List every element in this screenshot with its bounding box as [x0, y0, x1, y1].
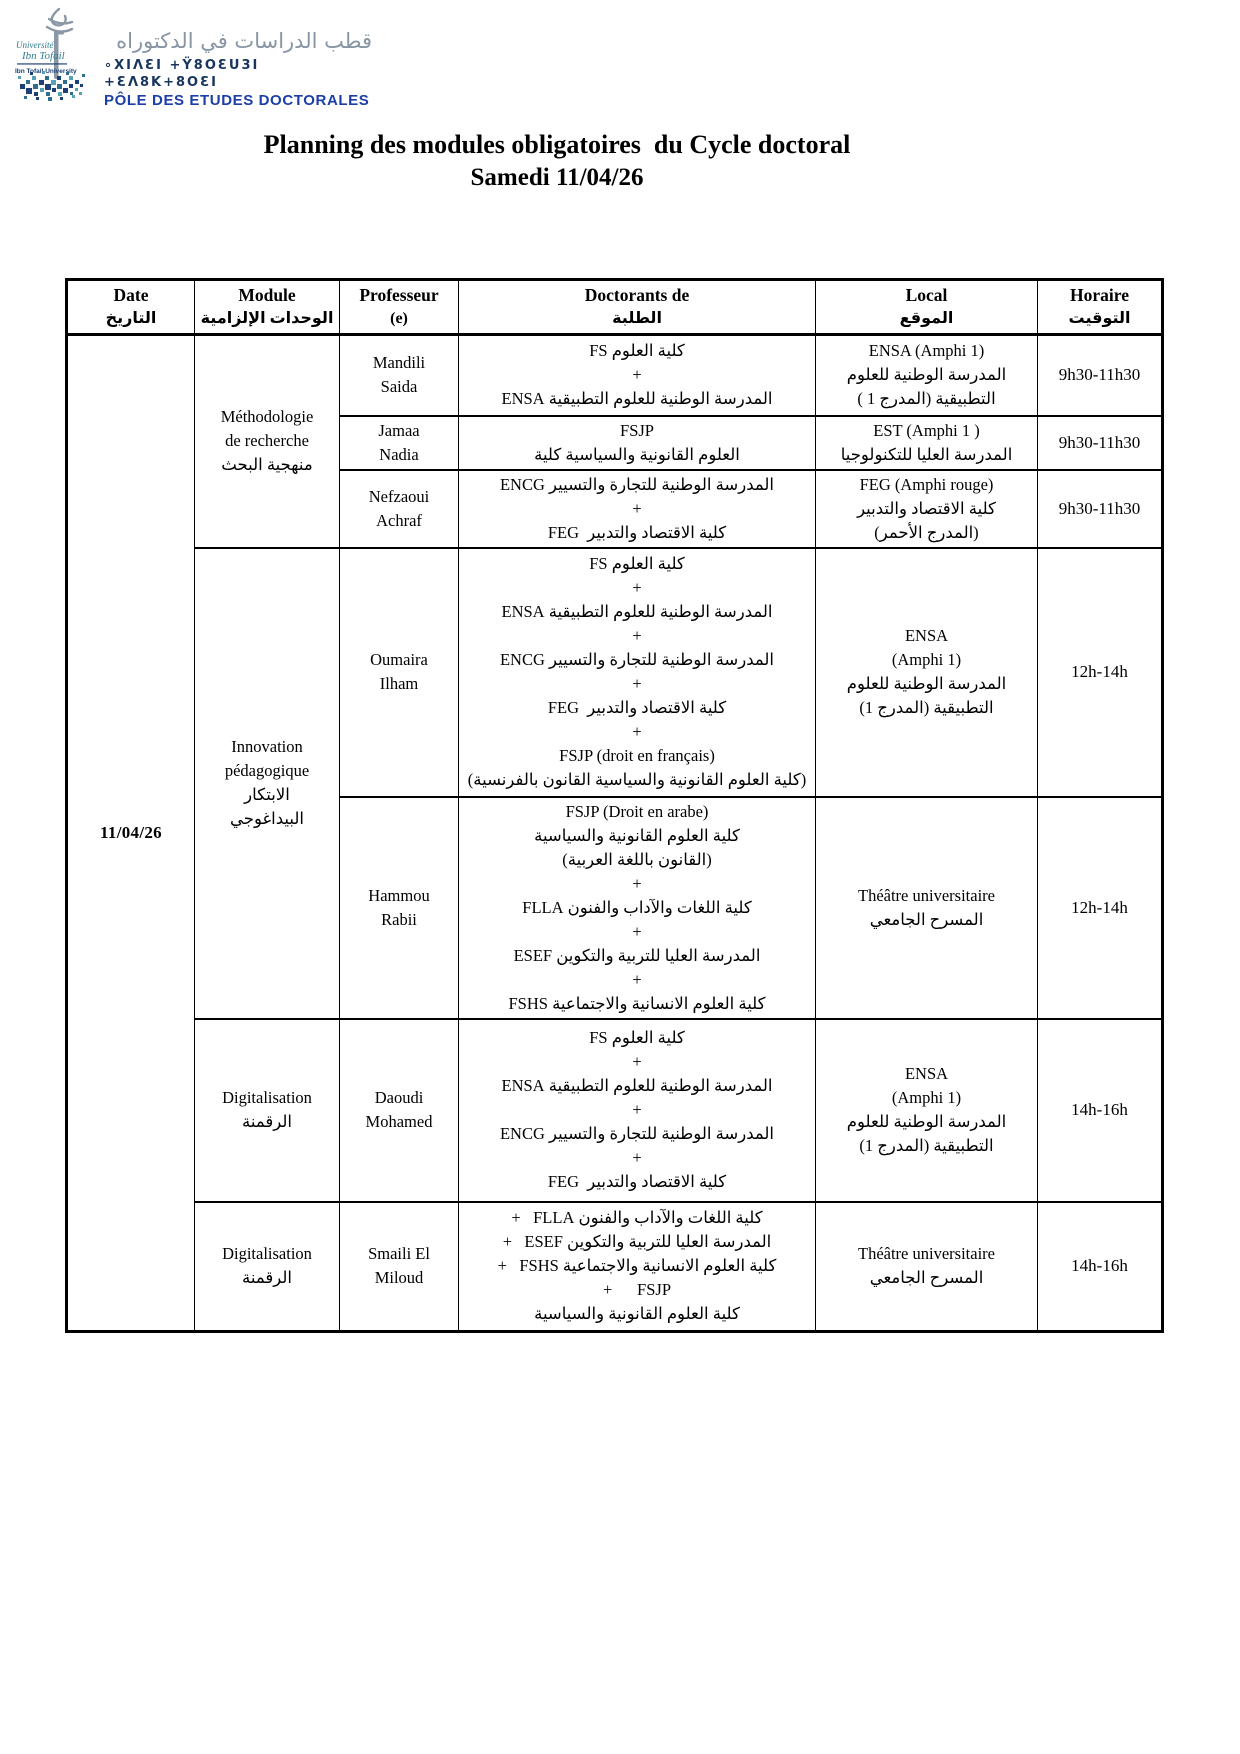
doctorants-cell: المدرسة الوطنية للتجارة والتسيير ENCG+كل…: [459, 470, 816, 548]
cell-line: كلية العلوم القانونية والسياسية: [461, 824, 813, 848]
cell-line: المدرسة الوطنية للعلوم: [818, 1110, 1035, 1134]
cell-line: كلية الاقتصاد والتدبير: [818, 497, 1035, 521]
page-subtitle: Samedi 11/04/26: [0, 162, 1114, 194]
professeur-cell: NefzaouiAchraf: [340, 470, 459, 548]
cell-line: التوقيت: [1040, 307, 1159, 331]
logo-tifinagh-line: ∘XIΛƐI +Ÿ8OƐU3I +ƐΛ8K+8OƐI: [104, 57, 372, 91]
cell-line: Ilham: [342, 672, 456, 696]
cell-line: المدرسة الوطنية للعلوم التطبيقية ENSA: [461, 387, 813, 411]
horaire-cell: 9h30-11h30: [1038, 335, 1163, 416]
cell-line: Achraf: [342, 509, 456, 533]
cell-line: كلية اللغات والآداب والفنون FLLA +: [461, 1206, 813, 1230]
cell-line: كلية العلوم FS: [461, 339, 813, 363]
cell-line: Daoudi: [342, 1086, 456, 1110]
cell-line: المدرسة الوطنية للعلوم التطبيقية ENSA: [461, 600, 813, 624]
seal-script-line2: Ibn Tofail: [21, 50, 65, 62]
cell-line: +: [461, 1146, 813, 1170]
local-cell: ENSA (Amphi 1)المدرسة الوطنية للعلومالتط…: [816, 335, 1038, 416]
cell-line: Horaire: [1040, 283, 1159, 307]
cell-line: كلية الاقتصاد والتدبير FEG: [461, 521, 813, 545]
cell-line: (e): [342, 307, 456, 331]
page-title: Planning des modules obligatoires du Cyc…: [0, 128, 1114, 162]
cell-line: Doctorants de: [461, 283, 813, 307]
horaire-cell: 12h-14h: [1038, 797, 1163, 1019]
horaire-cell: 9h30-11h30: [1038, 470, 1163, 548]
local-cell: ENSA(Amphi 1)المدرسة الوطنية للعلومالتطب…: [816, 1019, 1038, 1202]
cell-line: كلية العلوم القانونية والسياسية: [461, 1302, 813, 1326]
cell-line: Mandili: [342, 351, 456, 375]
cell-line: كلية الاقتصاد والتدبير FEG: [461, 1170, 813, 1194]
cell-line: Digitalisation: [197, 1086, 337, 1110]
cell-line: العلوم القانونية والسياسية كلية: [461, 443, 813, 467]
cell-line: كلية العلوم FS: [461, 1026, 813, 1050]
cell-line: Jamaa: [342, 419, 456, 443]
cell-line: البيداغوجي: [197, 807, 337, 831]
cell-line: Nadia: [342, 443, 456, 467]
ibn-tofail-seal-icon: Université Ibn Tofail Ibn Tofail Univers…: [12, 6, 98, 106]
cell-line: المدرسة الوطنية للتجارة والتسيير ENCG: [461, 473, 813, 497]
cell-line: الرقمنة: [197, 1266, 337, 1290]
cell-line: +: [461, 497, 813, 521]
cell-line: FSJP (Droit en arabe): [461, 800, 813, 824]
cell-line: +: [461, 1050, 813, 1074]
header-horaire: Horaireالتوقيت: [1038, 280, 1163, 335]
header-date: Dateالتاريخ: [67, 280, 195, 335]
module-cell-digitalisation-1: Digitalisationالرقمنة: [195, 1019, 340, 1202]
professeur-cell: JamaaNadia: [340, 416, 459, 470]
seal-tiny-line: [17, 63, 67, 65]
cell-line: المدرسة العليا للتكنولوجيا: [818, 443, 1035, 467]
cell-line: المسرح الجامعي: [818, 908, 1035, 932]
cell-line: Hammou: [342, 884, 456, 908]
cell-line: FEG (Amphi rouge): [818, 473, 1035, 497]
table-row: Innovationpédagogiqueالابتكارالبيداغوجي …: [67, 548, 1163, 797]
date-cell: 11/04/26: [67, 335, 195, 1332]
cell-line: التطبيقية (المدرج 1 ): [818, 387, 1035, 411]
cell-line: التاريخ: [70, 307, 192, 331]
cell-line: Miloud: [342, 1266, 456, 1290]
cell-line: المسرح الجامعي: [818, 1266, 1035, 1290]
cell-line: ENSA: [818, 624, 1035, 648]
cell-line: +: [461, 920, 813, 944]
cell-line: (Amphi 1): [818, 648, 1035, 672]
cell-line: +: [461, 672, 813, 696]
professeur-cell: MandiliSaida: [340, 335, 459, 416]
cell-line: +: [461, 968, 813, 992]
cell-line: كلية العلوم FS: [461, 552, 813, 576]
cell-line: المدرسة الوطنية للعلوم: [818, 672, 1035, 696]
document-page: Université Ibn Tofail Ibn Tofail Univers…: [0, 0, 1240, 1754]
logo-text-block: قطب الدراسات في الدكتوراه ∘XIΛƐI +Ÿ8OƐU3…: [104, 6, 372, 110]
header-local: Localالموقع: [816, 280, 1038, 335]
module-cell-digitalisation-2: Digitalisationالرقمنة: [195, 1202, 340, 1332]
cell-line: Module: [197, 283, 337, 307]
cell-line: Local: [818, 283, 1035, 307]
cell-line: Innovation: [197, 735, 337, 759]
cell-line: Date: [70, 283, 192, 307]
title-block: Planning des modules obligatoires du Cyc…: [0, 128, 1114, 194]
horaire-cell: 9h30-11h30: [1038, 416, 1163, 470]
table-row: Digitalisationالرقمنة DaoudiMohamed كلية…: [67, 1019, 1163, 1202]
logo-arabic-title: قطب الدراسات في الدكتوراه: [104, 28, 372, 54]
doctorants-cell: كلية العلوم FS+المدرسة الوطنية للعلوم ال…: [459, 335, 816, 416]
header-row: Dateالتاريخ Moduleالوحدات الإلزامية Prof…: [67, 280, 1163, 335]
cell-line: Smaili El: [342, 1242, 456, 1266]
doctorants-cell: كلية اللغات والآداب والفنون FLLA +المدرس…: [459, 1202, 816, 1332]
cell-line: (كلية العلوم القانونية والسياسية القانون…: [461, 768, 813, 792]
header-module: Moduleالوحدات الإلزامية: [195, 280, 340, 335]
cell-line: المدرسة العليا للتربية والتكوين ESEF: [461, 944, 813, 968]
local-cell: ENSA(Amphi 1)المدرسة الوطنية للعلومالتطب…: [816, 548, 1038, 797]
cell-line: المدرسة الوطنية للتجارة والتسيير ENCG: [461, 648, 813, 672]
cell-line: المدرسة الوطنية للعلوم: [818, 363, 1035, 387]
horaire-cell: 12h-14h: [1038, 548, 1163, 797]
local-cell: FEG (Amphi rouge)كلية الاقتصاد والتدبير(…: [816, 470, 1038, 548]
cell-line: de recherche: [197, 429, 337, 453]
planning-table: Dateالتاريخ Moduleالوحدات الإلزامية Prof…: [65, 278, 1164, 1333]
cell-line: Digitalisation: [197, 1242, 337, 1266]
cell-line: (المدرج الأحمر): [818, 521, 1035, 545]
cell-line: +: [461, 363, 813, 387]
cell-line: Oumaira: [342, 648, 456, 672]
cell-line: Nefzaoui: [342, 485, 456, 509]
cell-line: FSJP (droit en français): [461, 744, 813, 768]
cell-line: ENSA: [818, 1062, 1035, 1086]
university-logo: Université Ibn Tofail Ibn Tofail Univers…: [12, 6, 372, 114]
doctorants-cell: FSJPالعلوم القانونية والسياسية كلية: [459, 416, 816, 470]
cell-line: المدرسة العليا للتربية والتكوين ESEF +: [461, 1230, 813, 1254]
module-cell-methodologie: Méthodologiede rechercheمنهجية البحث: [195, 335, 340, 548]
cell-line: + FSJP: [461, 1278, 813, 1302]
cell-line: التطبيقية (المدرج 1): [818, 1134, 1035, 1158]
cell-line: EST (Amphi 1 ): [818, 419, 1035, 443]
horaire-cell: 14h-16h: [1038, 1202, 1163, 1332]
cell-line: +: [461, 576, 813, 600]
seal-script-line1: Université: [16, 40, 54, 50]
cell-line: Saida: [342, 375, 456, 399]
professeur-cell: HammouRabii: [340, 797, 459, 1019]
seal-mosaic: [18, 71, 85, 101]
professeur-cell: DaoudiMohamed: [340, 1019, 459, 1202]
local-cell: Théâtre universitaireالمسرح الجامعي: [816, 797, 1038, 1019]
cell-line: Théâtre universitaire: [818, 884, 1035, 908]
cell-line: Rabii: [342, 908, 456, 932]
horaire-cell: 14h-16h: [1038, 1019, 1163, 1202]
professeur-cell: Smaili ElMiloud: [340, 1202, 459, 1332]
cell-line: الطلبة: [461, 307, 813, 331]
table-wrap: Dateالتاريخ Moduleالوحدات الإلزامية Prof…: [65, 278, 1164, 1333]
cell-line: (Amphi 1): [818, 1086, 1035, 1110]
cell-line: كلية العلوم الانسانية والاجتماعية FSHS +: [461, 1254, 813, 1278]
cell-line: Méthodologie: [197, 405, 337, 429]
professeur-cell: OumairaIlham: [340, 548, 459, 797]
cell-line: +: [461, 1098, 813, 1122]
cell-line: منهجية البحث: [197, 453, 337, 477]
cell-line: (القانون باللغة العربية): [461, 848, 813, 872]
cell-line: +: [461, 872, 813, 896]
local-cell: Théâtre universitaireالمسرح الجامعي: [816, 1202, 1038, 1332]
cell-line: ENSA (Amphi 1): [818, 339, 1035, 363]
cell-line: التطبيقية (المدرج 1): [818, 696, 1035, 720]
local-cell: EST (Amphi 1 )المدرسة العليا للتكنولوجيا: [816, 416, 1038, 470]
cell-line: الوحدات الإلزامية: [197, 307, 337, 331]
header-doctorants: Doctorants deالطلبة: [459, 280, 816, 335]
cell-line: المدرسة الوطنية للتجارة والتسيير ENCG: [461, 1122, 813, 1146]
cell-line: Professeur: [342, 283, 456, 307]
cell-line: الابتكار: [197, 783, 337, 807]
cell-line: المدرسة الوطنية للعلوم التطبيقية ENSA: [461, 1074, 813, 1098]
logo-pole-label: PÔLE DES ETUDES DOCTORALES: [104, 92, 372, 110]
doctorants-cell: كلية العلوم FS+المدرسة الوطنية للعلوم ال…: [459, 548, 816, 797]
cell-line: الرقمنة: [197, 1110, 337, 1134]
doctorants-cell: FSJP (Droit en arabe)كلية العلوم القانون…: [459, 797, 816, 1019]
cell-line: FSJP: [461, 419, 813, 443]
cell-line: كلية العلوم الانسانية والاجتماعية FSHS: [461, 992, 813, 1016]
cell-line: كلية اللغات والآداب والفنون FLLA: [461, 896, 813, 920]
cell-line: Théâtre universitaire: [818, 1242, 1035, 1266]
table-row: Digitalisationالرقمنة Smaili ElMiloud كل…: [67, 1202, 1163, 1332]
cell-line: الموقع: [818, 307, 1035, 331]
header-professeur: Professeur(e): [340, 280, 459, 335]
module-cell-innovation: Innovationpédagogiqueالابتكارالبيداغوجي: [195, 548, 340, 1019]
table-row: 11/04/26 Méthodologiede rechercheمنهجية …: [67, 335, 1163, 416]
cell-line: pédagogique: [197, 759, 337, 783]
doctorants-cell: كلية العلوم FS+المدرسة الوطنية للعلوم ال…: [459, 1019, 816, 1202]
cell-line: +: [461, 720, 813, 744]
cell-line: كلية الاقتصاد والتدبير FEG: [461, 696, 813, 720]
cell-line: Mohamed: [342, 1110, 456, 1134]
cell-line: +: [461, 624, 813, 648]
